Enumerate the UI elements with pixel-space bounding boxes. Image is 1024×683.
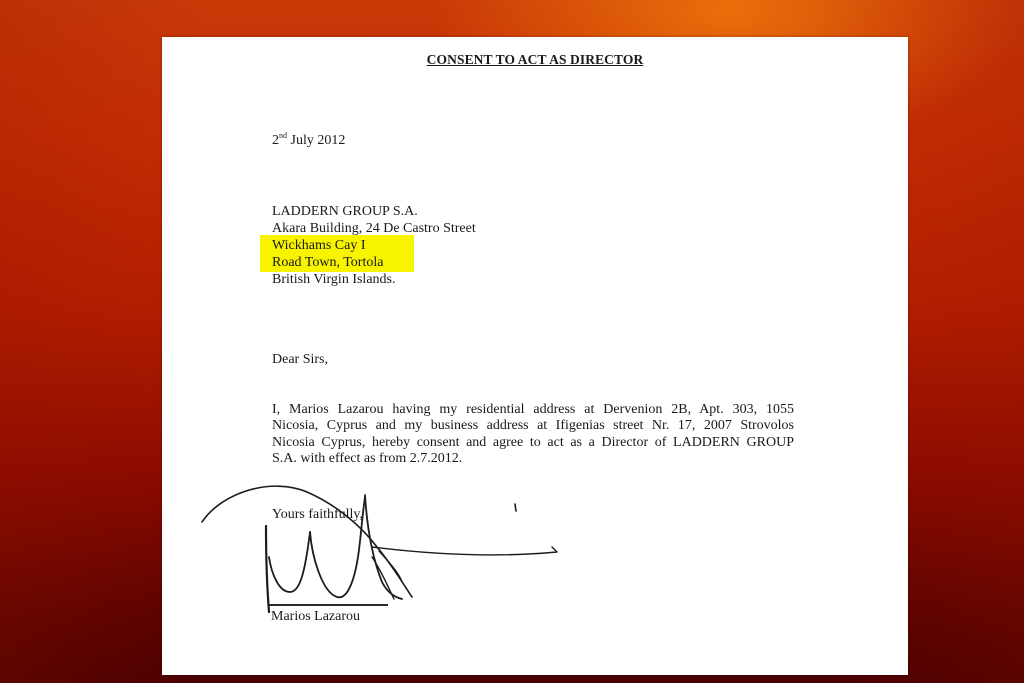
recipient-country: British Virgin Islands. [272, 272, 476, 289]
recipient-company: LADDERN GROUP S.A. [272, 204, 476, 221]
salutation: Dear Sirs, [272, 352, 328, 368]
paragraph-line: I, Marios Lazarou having my residential … [272, 402, 794, 418]
recipient-area: Wickhams Cay I [272, 238, 476, 255]
consent-paragraph: I, Marios Lazarou having my residential … [272, 402, 794, 467]
paragraph-line: Nicosia Cyprus, hereby consent and agree… [272, 435, 794, 451]
signature-line [268, 604, 388, 606]
date-month-year: July 2012 [287, 133, 345, 148]
recipient-street: Akara Building, 24 De Castro Street [272, 221, 476, 238]
date-day: 2 [272, 133, 279, 148]
recipient-address: LADDERN GROUP S.A. Akara Building, 24 De… [272, 204, 476, 289]
recipient-city: Road Town, Tortola [272, 255, 476, 272]
paragraph-line: Nicosia, Cyprus and my business address … [272, 418, 794, 434]
closing: Yours faithfully, [272, 507, 363, 523]
document-page: CONSENT TO ACT AS DIRECTOR 2nd July 2012… [162, 37, 908, 675]
paragraph-line: S.A. with effect as from 2.7.2012. [272, 451, 794, 467]
date-day-suffix: nd [279, 131, 287, 140]
document-title: CONSENT TO ACT AS DIRECTOR [162, 52, 908, 68]
signatory-name: Marios Lazarou [271, 609, 360, 625]
letter-date: 2nd July 2012 [272, 133, 345, 149]
